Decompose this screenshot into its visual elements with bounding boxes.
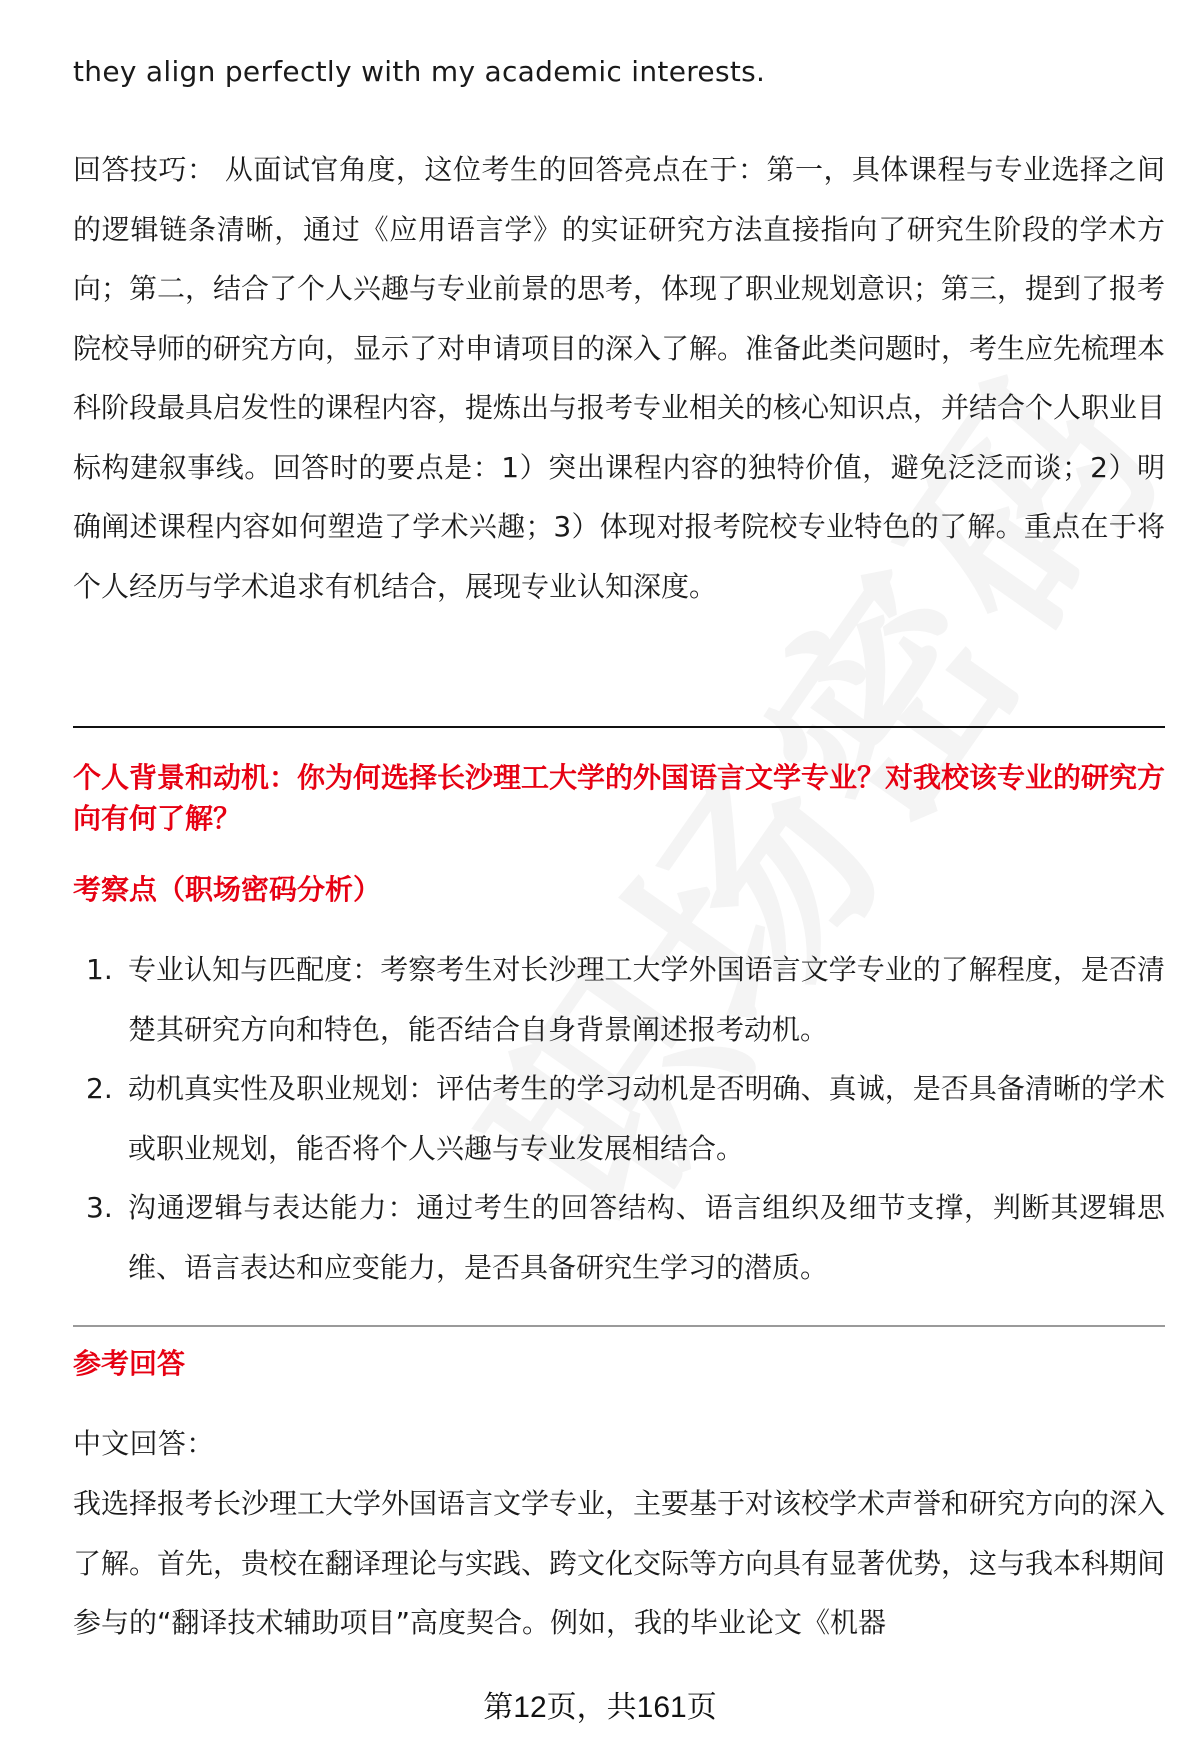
page-footer: 第12页，共161页 xyxy=(0,1688,1200,1728)
list-item-text: 动机真实性及职业规划：评估考生的学习动机是否明确、真诚，是否具备清晰的学术或职业… xyxy=(128,1072,1165,1165)
list-item-number: 1. xyxy=(86,940,113,1000)
section-divider xyxy=(73,726,1165,728)
chinese-answer-label: 中文回答： xyxy=(73,1424,215,1464)
assessment-list: 1. 专业认知与匹配度：考察考生对长沙理工大学外国语言文学专业的了解程度，是否清… xyxy=(73,940,1165,1297)
list-item-text: 专业认知与匹配度：考察考生对长沙理工大学外国语言文学专业的了解程度，是否清楚其研… xyxy=(128,953,1165,1046)
section-divider-light xyxy=(73,1325,1165,1327)
list-item-number: 3. xyxy=(86,1178,113,1238)
chinese-answer-paragraph: 我选择报考长沙理工大学外国语言文学专业，主要基于对该校学术声誉和研究方向的深入了… xyxy=(73,1474,1165,1653)
list-item: 2. 动机真实性及职业规划：评估考生的学习动机是否明确、真诚，是否具备清晰的学术… xyxy=(73,1059,1165,1178)
list-item-text: 沟通逻辑与表达能力：通过考生的回答结构、语言组织及细节支撑，判断其逻辑思维、语言… xyxy=(128,1191,1165,1284)
list-item: 3. 沟通逻辑与表达能力：通过考生的回答结构、语言组织及细节支撑，判断其逻辑思维… xyxy=(73,1178,1165,1297)
list-item-number: 2. xyxy=(86,1059,113,1119)
list-item: 1. 专业认知与匹配度：考察考生对长沙理工大学外国语言文学专业的了解程度，是否清… xyxy=(73,940,1165,1059)
carryover-line: they align perfectly with my academic in… xyxy=(73,52,765,92)
assessment-heading: 考察点（职场密码分析） xyxy=(73,870,381,910)
answer-tips-paragraph: 回答技巧： 从面试官角度，这位考生的回答亮点在于：第一，具体课程与专业选择之间的… xyxy=(73,140,1165,616)
reference-answer-heading: 参考回答 xyxy=(73,1344,185,1384)
question-title: 个人背景和动机：你为何选择长沙理工大学的外国语言文学专业？对我校该专业的研究方向… xyxy=(73,757,1165,839)
